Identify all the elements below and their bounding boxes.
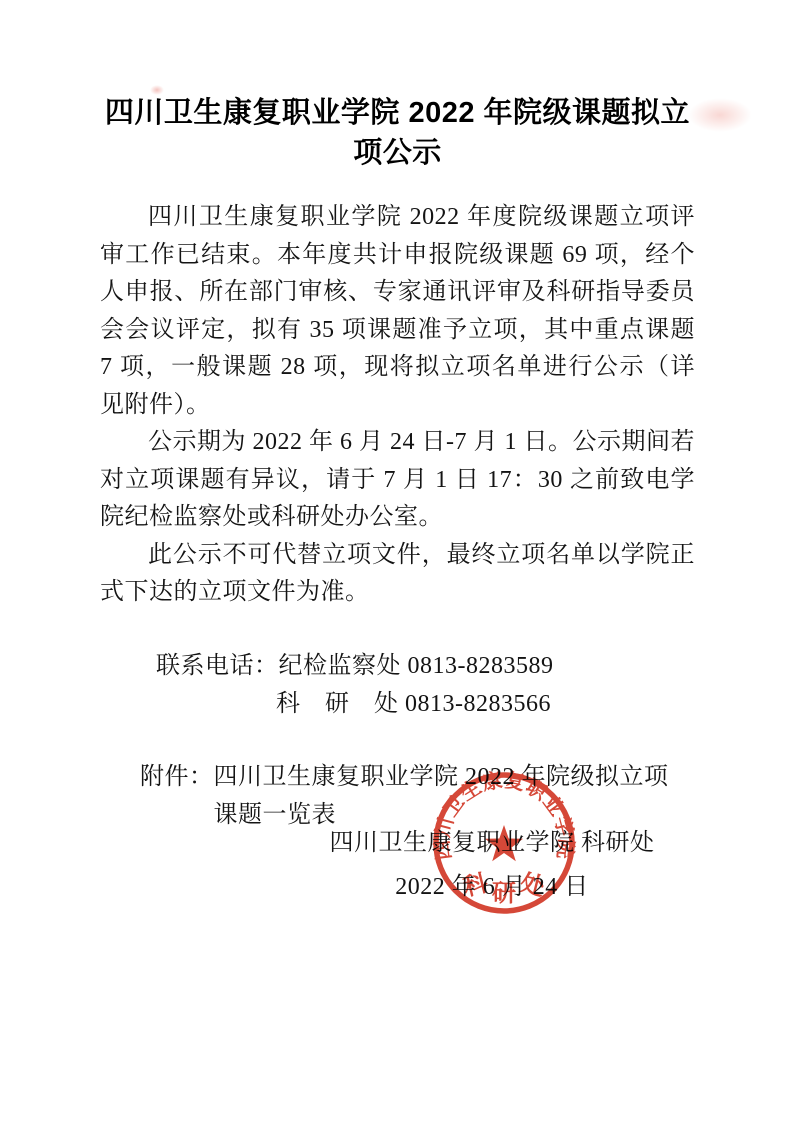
document-title: 四川卫生康复职业学院 2022 年院级课题拟立项公示 [100,93,695,173]
contact-discipline-office-phone: 纪检监察处 0813-8283589 [279,653,554,679]
contact-research-office-phone: 科 研 处 0813-8283566 [276,691,551,717]
attachment-block: 附件： 四川卫生康复职业学院 2022 年院级拟立项课题一览表 [140,758,695,834]
contact-line-discipline: 联系电话：纪检监察处 0813-8283589 [156,647,695,685]
signature-block: 四川卫生康复职业学院 科研处 2022 年 6 月 24 日 [327,824,657,906]
attachment-text: 四川卫生康复职业学院 2022 年院级拟立项课题一览表 [214,758,684,834]
document-body: 四川卫生康复职业学院 2022 年度院级课题立项评审工作已结束。本年度共计申报院… [100,199,695,612]
contact-label: 联系电话： [156,653,279,679]
paragraph-publicity-period: 公示期为 2022 年 6 月 24 日-7 月 1 日。公示期间若对立项课题有… [100,424,695,537]
contact-line-research: 科 研 处 0813-8283566 [276,685,695,723]
signature-organization: 四川卫生康复职业学院 科研处 [327,824,657,862]
paragraph-review-summary: 四川卫生康复职业学院 2022 年度院级课题立项评审工作已结束。本年度共计申报院… [100,199,695,424]
contact-block: 联系电话：纪检监察处 0813-8283589 科 研 处 0813-82835… [156,647,695,723]
signature-date: 2022 年 6 月 24 日 [327,868,657,906]
scanned-document-page: 四川卫生康复职业学院 2022 年院级课题拟立项公示 四川卫生康复职业学院 20… [0,0,793,1122]
attachment-label: 附件： [140,758,214,834]
paragraph-disclaimer: 此公示不可代替立项文件，最终立项名单以学院正式下达的立项文件为准。 [100,537,695,612]
